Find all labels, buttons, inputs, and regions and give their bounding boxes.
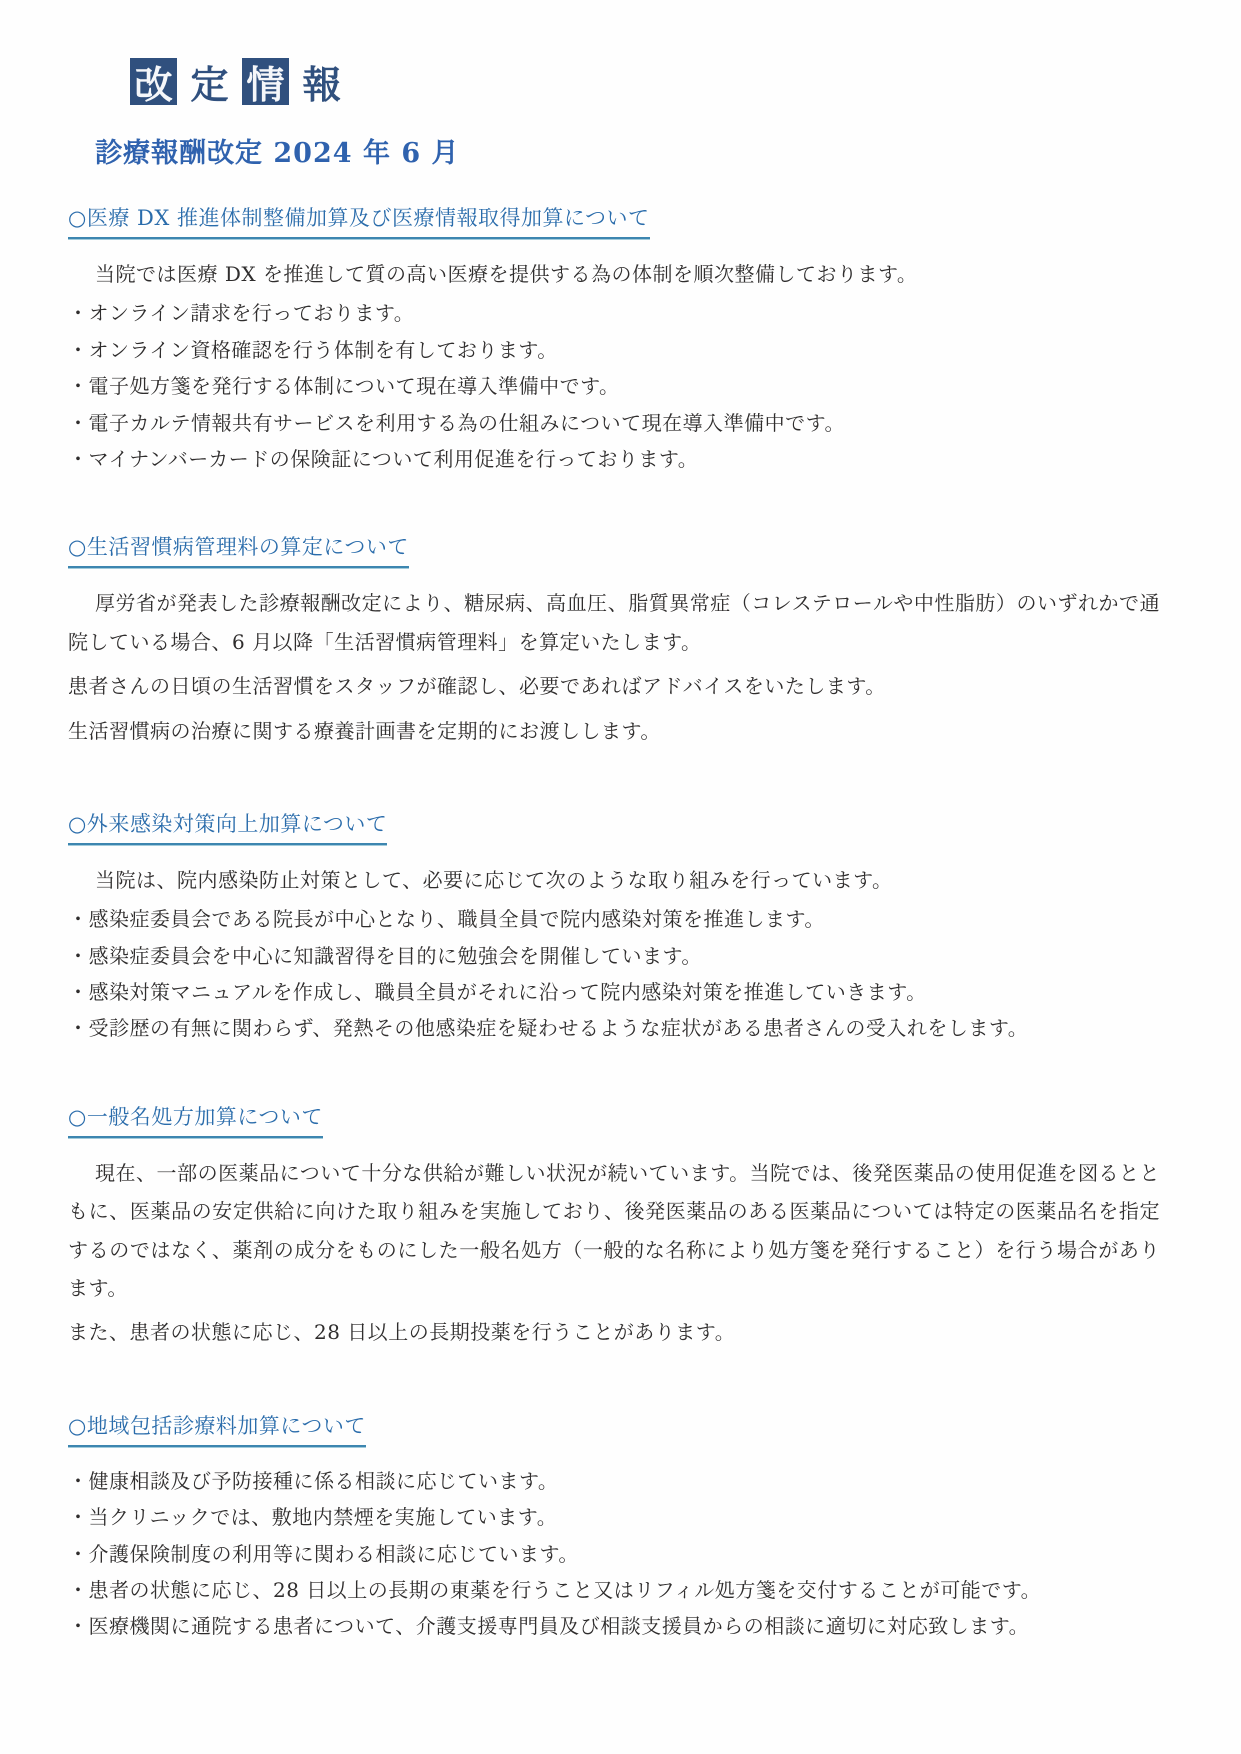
logo-char: 改 <box>130 58 177 105</box>
bullet-item: ・患者の状態に応じ、28 日以上の長期の東薬を行うこと又はリフィル処方箋を交付す… <box>68 1576 1160 1604</box>
bullet-item: ・マイナンバーカードの保険証について利用促進を行っております。 <box>68 445 1160 473</box>
section: ○外来感染対策向上加算について 当院は、院内感染防止対策として、必要に応じて次の… <box>68 808 1169 1043</box>
bullet-item: ・オンライン請求を行っております。 <box>68 299 1160 327</box>
paragraph: また、患者の状態に応じ、28 日以上の長期投薬を行うことがあります。 <box>68 1313 1160 1351</box>
bullet-item: ・当クリニックでは、敷地内禁煙を実施しています。 <box>68 1503 1160 1531</box>
bullet-item: ・受診歴の有無に関わらず、発熱その他感染症を疑わせるような症状がある患者さんの受… <box>68 1014 1160 1042</box>
section-body: 当院は、院内感染防止対策として、必要に応じて次のような取り組みを行っています。・… <box>68 861 1160 1043</box>
bullet-list: ・感染症委員会である院長が中心となり、職員全員で院内感染対策を推進します。・感染… <box>68 905 1160 1043</box>
bullet-item: ・電子処方箋を発行する体制について現在導入準備中です。 <box>68 372 1160 400</box>
bullet-item: ・感染症委員会を中心に知識習得を目的に勉強会を開催しています。 <box>68 942 1160 970</box>
paragraph: 生活習慣病の治療に関する療養計画書を定期的にお渡しします。 <box>68 712 1160 750</box>
section-heading: ○一般名処方加算について <box>68 1101 323 1138</box>
section-body: 当院では医療 DX を推進して質の高い医療を提供する為の体制を順次整備しておりま… <box>68 255 1160 473</box>
section: ○地域包括診療料加算について ・健康相談及び予防接種に係る相談に応じています。・… <box>68 1410 1169 1641</box>
section-body: ・健康相談及び予防接種に係る相談に応じています。・当クリニックでは、敷地内禁煙を… <box>68 1467 1160 1641</box>
bullet-item: ・感染対策マニュアルを作成し、職員全員がそれに沿って院内感染対策を推進していきま… <box>68 978 1160 1006</box>
logo-char: 報 <box>298 58 345 105</box>
logo-char: 情 <box>242 58 289 105</box>
section-body: 厚労省が発表した診療報酬改定により、糖尿病、高血圧、脂質異常症（コレステロールや… <box>68 584 1160 750</box>
section: ○医療 DX 推進体制整備加算及び医療情報取得加算について 当院では医療 DX … <box>68 202 1169 473</box>
section-body: 現在、一部の医薬品について十分な供給が難しい状況が続いています。当院では、後発医… <box>68 1154 1160 1352</box>
paragraph: 当院は、院内感染防止対策として、必要に応じて次のような取り組みを行っています。 <box>68 861 1160 899</box>
section-heading: ○地域包括診療料加算について <box>68 1410 366 1447</box>
logo: 改 定 情 報 <box>130 58 1169 105</box>
sections: ○医療 DX 推進体制整備加算及び医療情報取得加算について 当院では医療 DX … <box>68 202 1169 1641</box>
section-heading: ○生活習慣病管理料の算定について <box>68 531 409 568</box>
logo-char: 定 <box>186 58 233 105</box>
paragraph: 現在、一部の医薬品について十分な供給が難しい状況が続いています。当院では、後発医… <box>68 1154 1160 1308</box>
document-page: 改 定 情 報 診療報酬改定 2024 年 6 月 ○医療 DX 推進体制整備加… <box>0 0 1241 1754</box>
bullet-list: ・健康相談及び予防接種に係る相談に応じています。・当クリニックでは、敷地内禁煙を… <box>68 1467 1160 1641</box>
bullet-item: ・オンライン資格確認を行う体制を有しております。 <box>68 336 1160 364</box>
bullet-item: ・電子カルテ情報共有サービスを利用する為の仕組みについて現在導入準備中です。 <box>68 409 1160 437</box>
paragraph: 当院では医療 DX を推進して質の高い医療を提供する為の体制を順次整備しておりま… <box>68 255 1160 293</box>
bullet-item: ・介護保険制度の利用等に関わる相談に応じています。 <box>68 1540 1160 1568</box>
bullet-item: ・医療機関に通院する患者について、介護支援専門員及び相談支援員からの相談に適切に… <box>68 1612 1160 1640</box>
paragraph: 患者さんの日頃の生活習慣をスタッフが確認し、必要であればアドバイスをいたします。 <box>68 667 1160 705</box>
bullet-item: ・健康相談及び予防接種に係る相談に応じています。 <box>68 1467 1160 1495</box>
section: ○生活習慣病管理料の算定について 厚労省が発表した診療報酬改定により、糖尿病、高… <box>68 531 1169 750</box>
bullet-item: ・感染症委員会である院長が中心となり、職員全員で院内感染対策を推進します。 <box>68 905 1160 933</box>
bullet-list: ・オンライン請求を行っております。・オンライン資格確認を行う体制を有しております… <box>68 299 1160 473</box>
section-heading: ○外来感染対策向上加算について <box>68 808 387 845</box>
page-title: 診療報酬改定 2024 年 6 月 <box>95 131 1169 170</box>
section: ○一般名処方加算について 現在、一部の医薬品について十分な供給が難しい状況が続い… <box>68 1101 1169 1352</box>
paragraph: 厚労省が発表した診療報酬改定により、糖尿病、高血圧、脂質異常症（コレステロールや… <box>68 584 1160 661</box>
section-heading: ○医療 DX 推進体制整備加算及び医療情報取得加算について <box>68 202 650 239</box>
